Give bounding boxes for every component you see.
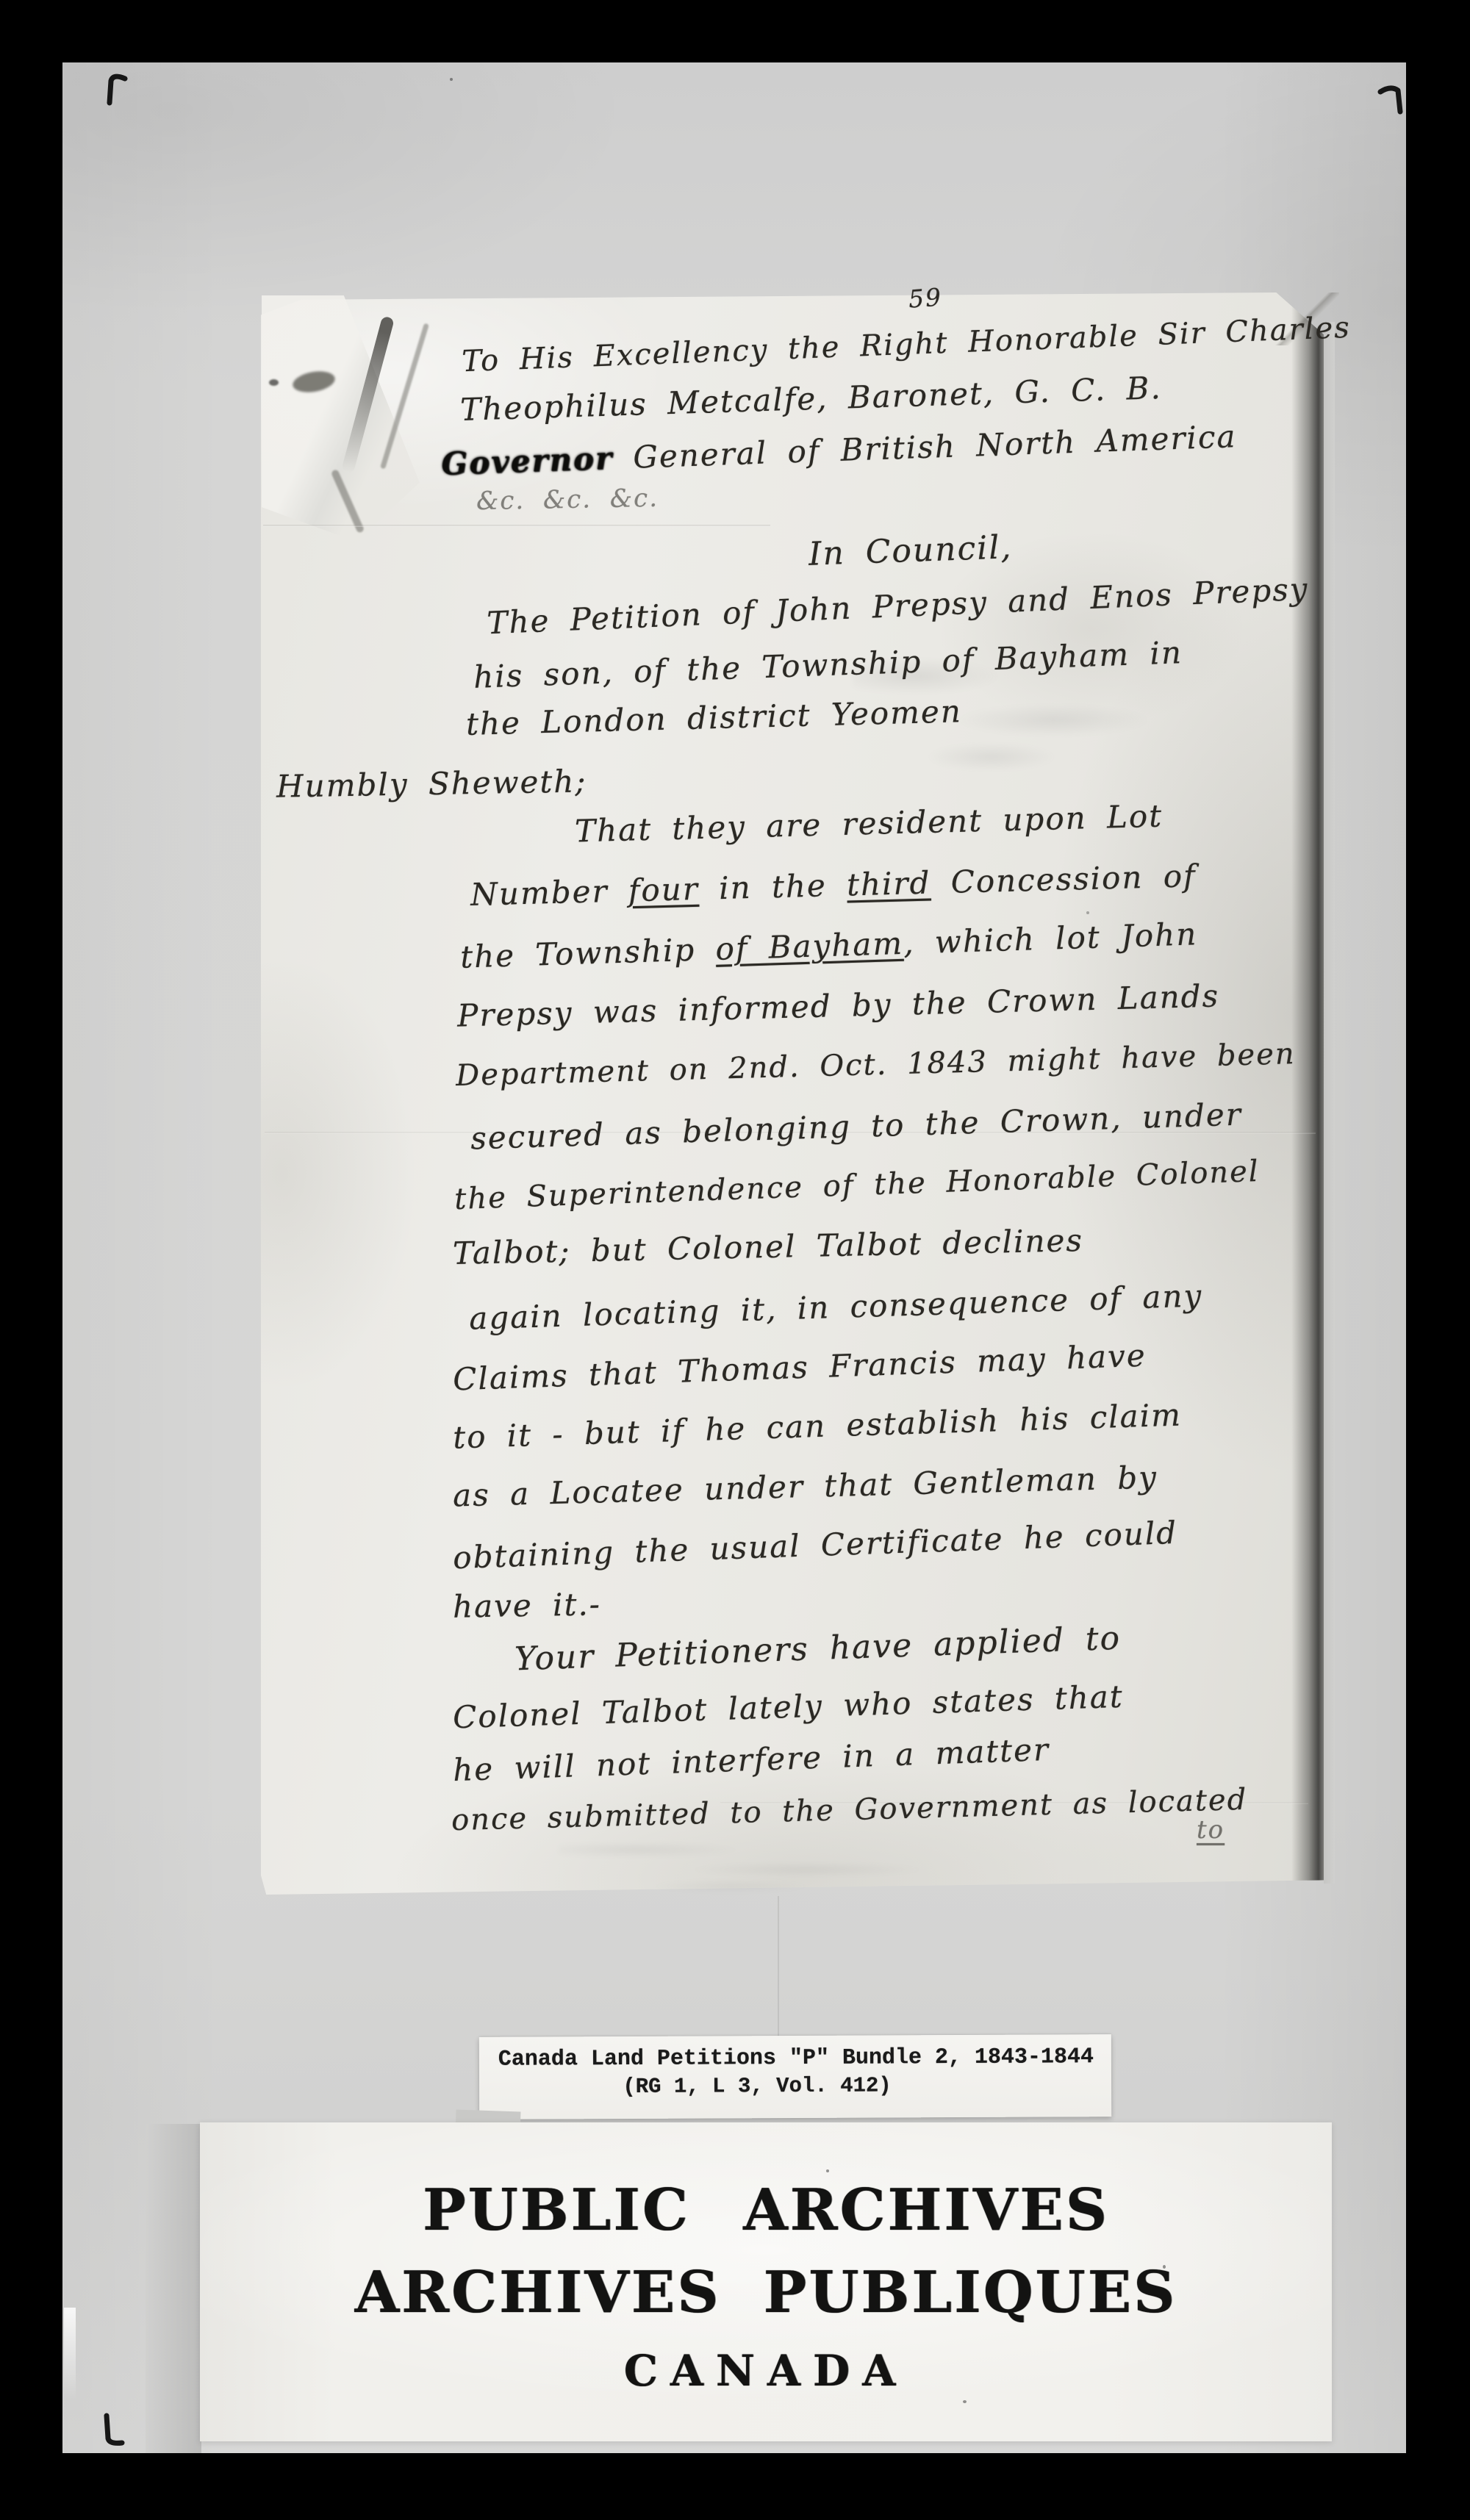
stamp-canada-line: CANADA <box>200 2346 1332 2396</box>
handwriting-word: the London district Yeomen <box>465 693 962 742</box>
handwriting-line: Claims that Thomas Francis may have <box>452 1338 1147 1398</box>
handwriting-line: he will not interfere in a matter <box>452 1731 1050 1788</box>
handwriting-line: Colonel Talbot lately who states that <box>452 1679 1124 1736</box>
handwriting-line: The Petition of John Prepsy and Enos Pre… <box>486 571 1309 642</box>
handwriting-word: once submitted to the Government as loca… <box>451 1783 1248 1837</box>
handwriting-line: &c. &c. &c. <box>476 484 659 516</box>
handwriting-word: Humbly Sheweth; <box>276 763 587 804</box>
dust-speck <box>1086 911 1089 914</box>
handwriting-line: to it - but if he can establish his clai… <box>452 1396 1182 1455</box>
underlined-word: to <box>1197 1815 1225 1845</box>
handwriting-word: again locating it, in consequence of any <box>468 1277 1202 1336</box>
handwriting-word: the Township <box>459 931 716 975</box>
handwriting-line: Governor General of British North Americ… <box>440 418 1237 482</box>
handwriting-line: secured as belonging to the Crown, under <box>470 1096 1242 1157</box>
handwriting-word: obtaining the usual Certificate he could <box>452 1515 1177 1576</box>
handwriting-word: as a Locatee under that Gentleman by <box>453 1459 1158 1513</box>
handwriting-word: , which lot John <box>903 916 1198 961</box>
handwriting-word: to it - but if he can establish his clai… <box>452 1396 1182 1455</box>
card-left-shadow <box>146 2124 201 2453</box>
handwriting-word: General of British North America <box>612 418 1237 476</box>
handwriting-line: as a Locatee under that Gentleman by <box>453 1459 1158 1513</box>
handwriting-word: he will not interfere in a matter <box>452 1731 1050 1788</box>
handwriting-word: have it.- <box>453 1586 602 1625</box>
handwriting-word: Number <box>470 872 629 913</box>
stamp-french-line: ARCHIVES PUBLIQUES <box>200 2259 1332 2326</box>
dust-speck <box>450 78 453 81</box>
light-leak-streak <box>64 2308 76 2399</box>
handwriting-word: in the <box>698 867 847 907</box>
handwriting-word: secured as belonging to the Crown, under <box>470 1096 1242 1157</box>
label-collection-line: Canada Land Petitions "P" Bundle 2, 1843… <box>498 2045 1094 2072</box>
handwriting-word: Governor <box>440 440 613 482</box>
handwriting-line: have it.- <box>453 1586 602 1625</box>
handwriting-word: Claims that Thomas Francis may have <box>452 1338 1147 1398</box>
handwriting-word: Theophilus Metcalfe, Baronet, G. C. B. <box>459 370 1162 428</box>
handwriting-line: In Council, <box>808 528 1013 573</box>
handwriting-line: his son, of the Township of Bayham in <box>473 634 1183 695</box>
handwriting-word: That they are resident upon Lot <box>574 798 1163 850</box>
handwriting-line: Theophilus Metcalfe, Baronet, G. C. B. <box>459 370 1162 428</box>
dust-speck <box>963 2400 967 2403</box>
handwriting-line: Humbly Sheweth; <box>276 763 587 804</box>
handwriting-line: To His Excellency the Right Honorable Si… <box>462 311 1352 378</box>
label-volume-line: (RG 1, L 3, Vol. 412) <box>441 2072 1073 2100</box>
catchword: to <box>1197 1815 1225 1845</box>
handwriting-line: the Township of Bayham, which lot John <box>459 916 1197 974</box>
handwriting-word: Your Petitioners have applied to <box>514 1620 1122 1679</box>
handwriting-word: Colonel Talbot lately who states that <box>452 1679 1124 1736</box>
handwriting-line: the London district Yeomen <box>465 693 962 742</box>
dust-speck <box>826 2169 829 2172</box>
handwriting-word: Concession of <box>931 858 1197 900</box>
handwriting-word: Talbot; but Colonel Talbot declines <box>453 1222 1084 1271</box>
microfilm-frame: { "scan": { "colors": { "frame_black": "… <box>0 0 1470 2520</box>
handwriting-line: once submitted to the Government as loca… <box>451 1783 1248 1837</box>
handwriting-word: &c. &c. &c. <box>476 484 659 516</box>
handwriting-line: That they are resident upon Lot <box>574 798 1163 850</box>
handwriting-word: Prepsy was informed by the Crown Lands <box>457 977 1220 1033</box>
public-archives-stamp-card: PUBLIC ARCHIVES ARCHIVES PUBLIQUES CANAD… <box>200 2122 1332 2441</box>
handwriting-line: Number four in the third Concession of <box>470 858 1197 913</box>
dust-speck <box>1163 2265 1166 2269</box>
handwriting-line: again locating it, in consequence of any <box>468 1277 1202 1336</box>
handwriting-line: the Superintendence of the Honorable Col… <box>454 1155 1261 1216</box>
handwriting-line: Prepsy was informed by the Crown Lands <box>457 977 1220 1033</box>
handwriting-line: Your Petitioners have applied to <box>514 1620 1122 1679</box>
underlined-word: four <box>628 871 699 908</box>
handwriting-word: his son, of the Township of Bayham in <box>473 634 1183 695</box>
handwriting-word: The Petition of John Prepsy and Enos Pre… <box>486 571 1309 642</box>
handwriting-word: To His Excellency the Right Honorable Si… <box>462 311 1352 378</box>
handwriting-word: 59 <box>908 282 944 313</box>
handwriting-word: In Council, <box>808 528 1013 573</box>
page-number: 59 <box>908 282 944 313</box>
archive-reference-label: Canada Land Petitions "P" Bundle 2, 1843… <box>479 2034 1111 2119</box>
handwriting-word: the Superintendence of the Honorable Col… <box>454 1155 1261 1216</box>
handwriting-line: Talbot; but Colonel Talbot declines <box>453 1222 1084 1271</box>
handwriting-line: obtaining the usual Certificate he could <box>452 1515 1177 1576</box>
underlined-word: of Bayham <box>715 925 904 967</box>
underlined-word: third <box>846 865 931 903</box>
handwriting-word: Department on 2nd. Oct. 1843 might have … <box>456 1037 1297 1093</box>
stamp-english-line: PUBLIC ARCHIVES <box>200 2177 1332 2244</box>
handwriting-line: Department on 2nd. Oct. 1843 might have … <box>456 1037 1297 1093</box>
